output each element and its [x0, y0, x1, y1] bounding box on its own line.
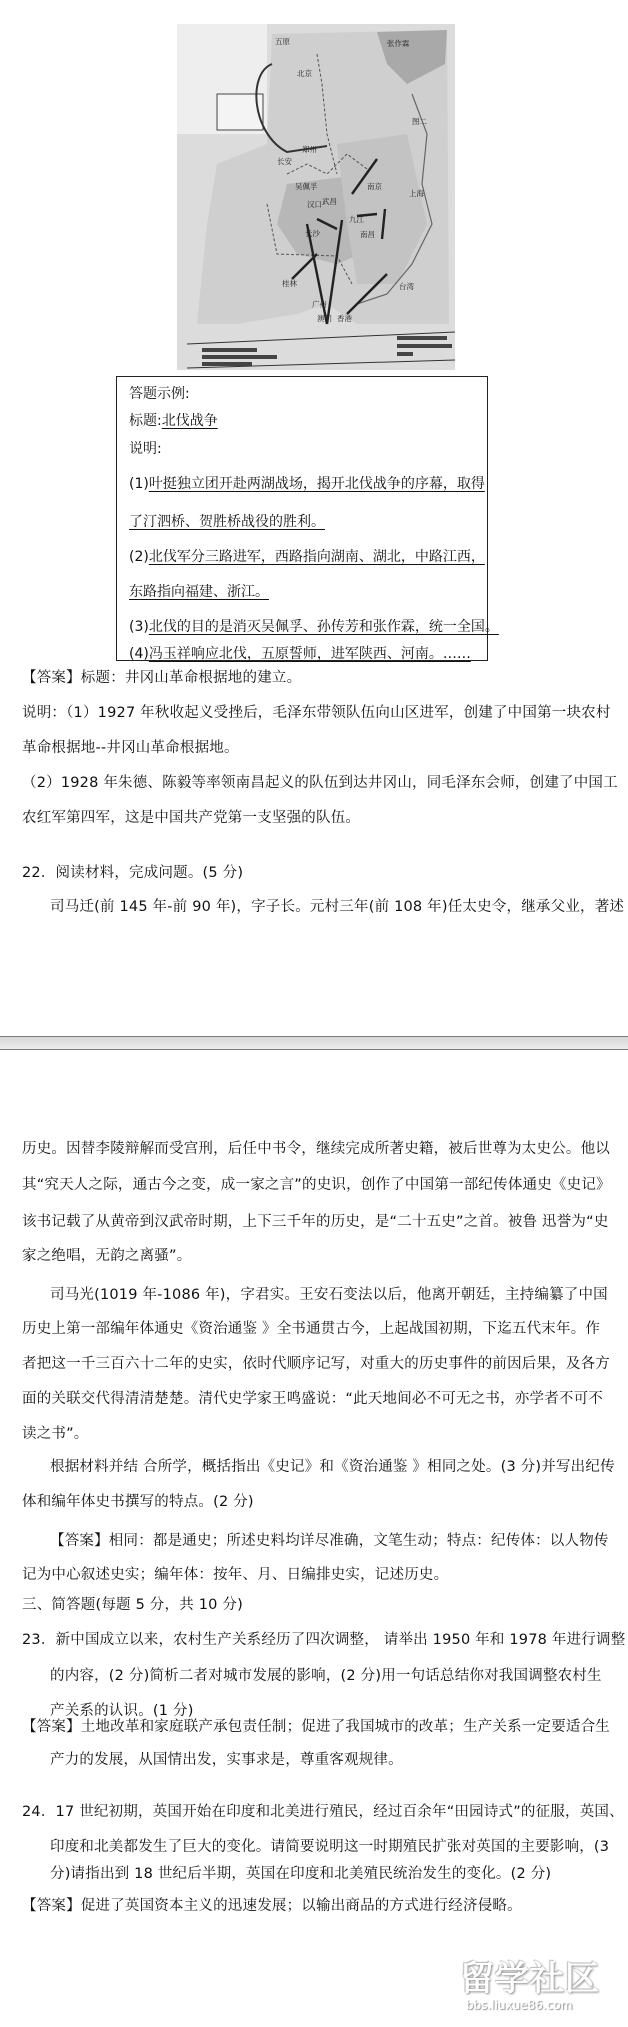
q21-answer-title: 【答案】标题：井冈山革命根据地的建立。 [22, 669, 301, 687]
q23-line: 23．新中国成立以来，农村生产关系经历了四次调整， 请举出 1950 年和 19… [22, 1631, 625, 1649]
q22-para2-line: 读之书”。 [22, 1425, 89, 1443]
q23-line: 的内容，(2 分)简析二者对城市发展的影响，(2 分)用一句话总结你对我国调整农… [50, 1667, 602, 1685]
example-heading: 答题示例: [129, 385, 190, 403]
example-desc-label: 说明: [129, 440, 162, 458]
example-item-2-cont: 东路指向福建、浙江。 [129, 583, 269, 601]
q22-title: 22．阅读材料，完成问题。(5 分) [22, 864, 243, 882]
q22-para1-line: 历史。因替李陵辩解而受宫刑，后任中书令，继续完成所著史籍，被后世尊为太史公。他以 [22, 1140, 610, 1158]
q22-para2-line: 面的关联交代得清清楚楚。清代史学家王鸣盛说：“此天地间必不可无之书，亦学者不可不 [22, 1390, 603, 1408]
q22-para2-line: 者把这一千三百六十二年的史实，依时代顺序记写，对重大的历史事件的前因后果，及各方 [22, 1355, 610, 1373]
map-label-nanjing: 南京 [367, 181, 382, 191]
map-label-hankou: 汉口 [307, 200, 322, 209]
q24-line: 分)请指出到 18 世纪后半期，英国在印度和北美殖民统治发生的变化。(2 分) [50, 1865, 551, 1883]
q22-para2-line: 历史上第一部编年体通史《资治通鉴 》全书通贯古今，上起战国初期，下迄五代末年。作 [22, 1320, 600, 1338]
map-label-macau: 澳门 [317, 313, 332, 323]
map-label-wuchang: 武昌 [322, 196, 337, 206]
watermark-title: 留学社区 [460, 1960, 620, 1998]
map-label-wu-peifu: 吴佩孚 [295, 181, 318, 191]
q22-answer-line: 【答案】相同：都是通史；所述史料均详尽准确，文笔生动；特点：纪传体：以人物传 [50, 1532, 609, 1550]
q23-answer-line: 产力的发展，从国情出发，实事求是，尊重客观规律。 [50, 1751, 403, 1769]
q21-answer-line: 革命根据地--井冈山革命根据地。 [22, 739, 239, 757]
map-label-changan: 长安 [277, 156, 292, 166]
example-title-value: 北伐战争 [162, 413, 218, 429]
q22-para1-line: 其“究天人之际，通古今之变，成一家之言”的史识，创作了中国第一部纪传体通史《史记… [22, 1176, 611, 1194]
q24-answer: 【答案】促进了英国资本主义的迅速发展；以输出商品的方式进行经济侵略。 [22, 1897, 522, 1915]
map-label-guangzhou: 广州 [312, 299, 327, 309]
q22-para1-line: 家之绝唱，无韵之离骚”。 [22, 1247, 191, 1265]
map-label-guilin: 桂林 [282, 278, 297, 288]
q23-answer-line: 【答案】土地改革和家庭联产承包责任制；促进了我国城市的改革；生产关系一定要适合生 [22, 1718, 610, 1736]
q24-line: 24．17 世纪初期，英国开始在印度和北美进行殖民，经过百余年“田园诗式”的征服… [22, 1803, 624, 1821]
q22-para2-line: 司马光(1019 年-1086 年)，字君实。王安石变法以后，他离开朝廷，主持编… [50, 1286, 608, 1304]
q24-line: 印度和北美都发生了巨大的变化。请简要说明这一时期殖民扩张对英国的主要影响，(3 [50, 1838, 609, 1856]
example-item-1: (1)叶挺独立团开赴两湖战场，揭开北伐战争的序幕，取得 [129, 475, 485, 493]
map-label-taiwan: 台湾 [399, 281, 414, 291]
q21-answer-line: （2）1928 年朱德、陈毅等率领南昌起义的队伍到达井冈山，同毛泽东会师，创建了… [22, 774, 618, 792]
q21-answer-line: 说明：（1）1927 年秋收起义受挫后，毛泽东带领队伍向山区进军，创建了中国第一… [22, 704, 611, 722]
example-item-3: (3)北伐的目的是消灭吴佩孚、孙传芳和张作霖，统一全国。 [129, 618, 499, 636]
q22-answer-line: 记为中心叙述史实；编年体：按年、月、日编排史实，记述历史。 [22, 1566, 448, 1584]
map-label-jiujiang: 九江 [349, 214, 364, 224]
section3-title: 三、简答题(每题 5 分，共 10 分) [22, 1596, 243, 1614]
q22-para1-line: 该书记载了从黄帝到汉武帝时期，上下三千年的历史，是“二十五史”之首。被鲁 迅誉为… [22, 1213, 609, 1231]
map-label-nanchang: 南昌 [360, 229, 375, 239]
q22-question-line: 体和编年体史书撰写的特点。(2 分) [22, 1493, 254, 1511]
map-label-figure: 图二 [412, 117, 427, 126]
map-label-beijing: 北京 [297, 68, 312, 78]
example-item-2: (2)北伐军分三路进军，西路指向湖南、湖北，中路江西， [129, 548, 485, 566]
q21-answer-line: 农红军第四军，这是中国共产党第一支坚强的队伍。 [22, 809, 360, 827]
q22-para1-line: 司马迁(前 145 年-前 90 年)，字子长。元村三年(前 108 年)任太史… [50, 898, 624, 916]
watermark-logo: 留学社区 bbs.liuxue86.com [460, 1960, 620, 2020]
map-label-changsha: 长沙 [305, 228, 320, 238]
example-title-row: 标题:北伐战争 [129, 412, 218, 430]
map-label-zhengzhou: 郑州 [302, 144, 317, 154]
example-item-4: (4)冯玉祥响应北伐，五原誓师，进军陕西、河南。…… [129, 645, 471, 663]
map-label-hongkong: 香港 [337, 313, 352, 323]
example-title-label: 标题: [129, 413, 162, 429]
q22-question-line: 根据材料并结 合所学，概括指出《史记》和《资治通鉴 》相同之处。(3 分)并写出… [50, 1458, 615, 1476]
page-break-separator [0, 1036, 628, 1050]
watermark-url: bbs.liuxue86.com [466, 1998, 620, 2012]
map-label-wuyuan: 五原 [275, 37, 290, 46]
example-item-1-cont: 了汀泗桥、贺胜桥战役的胜利。 [129, 513, 325, 531]
northern-expedition-map: 北京 长安 郑州 吴佩孚 汉口 武昌 南京 上海 九江 南昌 长沙 桂林 广州 … [177, 24, 455, 370]
answer-example-box: 答题示例: 标题:北伐战争 说明: (1)叶挺独立团开赴两湖战场，揭开北伐战争的… [116, 376, 488, 661]
map-label-shanghai: 上海 [409, 188, 424, 198]
map-label-zhang-zuolin: 张作霖 [387, 38, 410, 48]
